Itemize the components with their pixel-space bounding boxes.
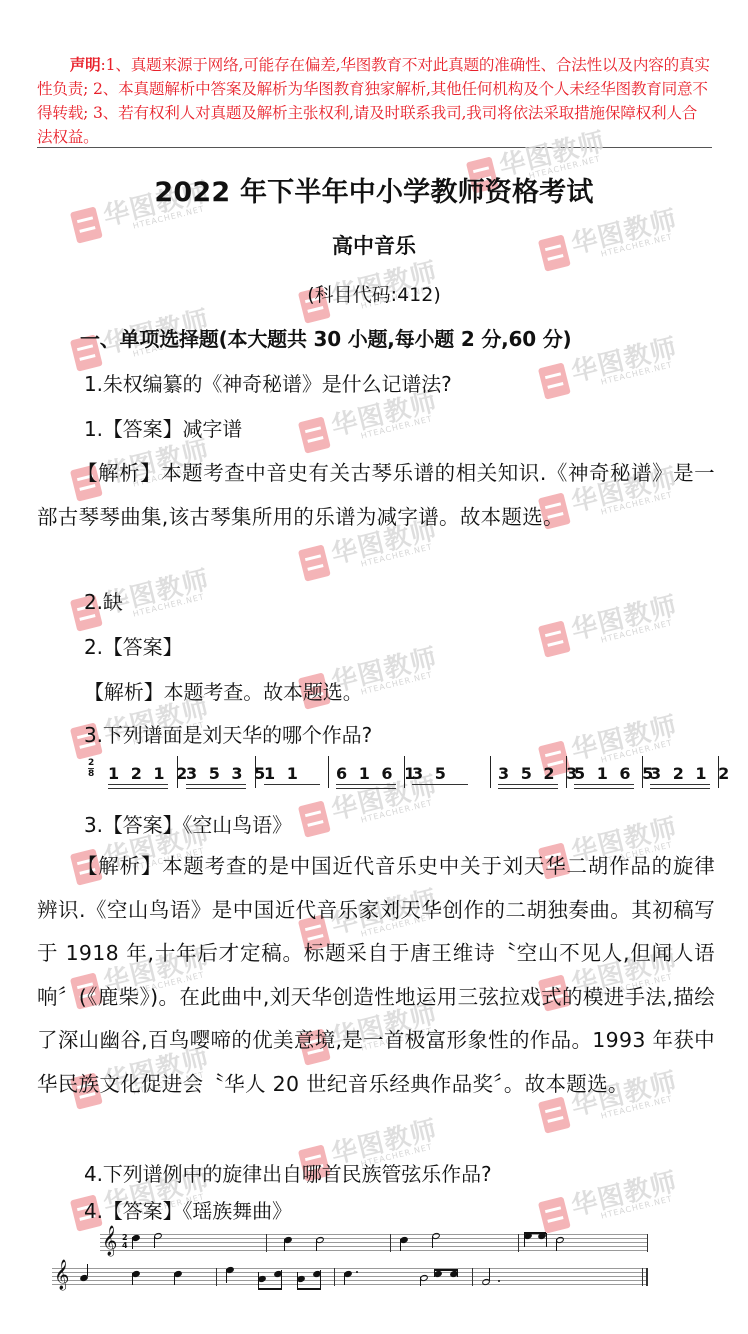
staff-time-signature: 24	[122, 1234, 128, 1250]
watermark-logo-icon	[538, 1196, 571, 1233]
analysis-2: 【解析】本题考查。故本题选。	[84, 681, 363, 703]
answer-4: 4.【答案】《瑶族舞曲》	[84, 1200, 292, 1222]
watermark-logo-icon	[298, 544, 331, 581]
exam-title: 2022 年下半年中小学教师资格考试	[0, 170, 748, 209]
watermark: 华图教师HTEACHER.NET	[295, 631, 455, 726]
treble-clef-icon: 𝄞	[102, 1228, 117, 1254]
disclaimer: 声明:1、真题来源于网络,可能存在偏差,华图教育不对此真题的准确性、合法性以及内…	[37, 53, 712, 149]
time-signature: 28	[88, 758, 94, 779]
staff-line-1: 𝄞 24	[100, 1234, 648, 1252]
divider	[37, 147, 712, 148]
analysis-1: 【解析】本题考查中音史有关古琴乐谱的相关知识.《神奇秘谱》是一部古琴琴曲集,该古…	[37, 452, 715, 539]
section-heading: 一、单项选择题(本大题共 30 小题,每小题 2 分,60 分)	[80, 323, 571, 352]
treble-clef-icon: 𝄞	[54, 1262, 69, 1288]
subject-code: (科目代码:412)	[0, 280, 748, 307]
watermark-logo-icon	[298, 416, 331, 453]
question-1: 1.朱权编纂的《神奇秘谱》是什么记谱法?	[84, 373, 452, 395]
question-3: 3.下列谱面是刘天华的哪个作品?	[84, 724, 372, 746]
measure: 3 2 1 2	[650, 764, 732, 783]
measure: 3 5	[412, 764, 449, 783]
subject-title: 高中音乐	[0, 230, 748, 260]
answer-1: 1.【答案】减字谱	[84, 418, 242, 440]
watermark-logo-icon	[298, 800, 331, 837]
question-2: 2.缺	[84, 591, 123, 613]
answer-3: 3.【答案】《空山鸟语》	[84, 814, 292, 836]
measure: 3 5 2 3	[498, 764, 580, 783]
measure: 1 1	[264, 764, 301, 783]
watermark-logo-icon	[538, 620, 571, 657]
measure: 5 1 6 5	[574, 764, 656, 783]
disclaimer-label: 声明	[70, 55, 101, 74]
analysis-3: 【解析】本题考查的是中国近代音乐史中关于刘天华二胡作品的旋律辨识.《空山鸟语》是…	[37, 845, 715, 1106]
question-4: 4.下列谱例中的旋律出自哪首民族管弦乐作品?	[84, 1163, 492, 1185]
watermark-logo-icon	[538, 362, 571, 399]
jianpu-notation: 28 1 2 1 2 3 5 3 5 1 1 6 1 6 1 3 5 3 5 2…	[78, 756, 678, 800]
measure: 6 1 6 1	[336, 764, 418, 783]
watermark: 华图教师HTEACHER.NET	[535, 579, 695, 674]
staff-line-2: 𝄞	[52, 1268, 648, 1286]
disclaimer-text: :1、真题来源于网络,可能存在偏差,华图教育不对此真题的准确性、合法性以及内容的…	[37, 56, 710, 146]
exam-document-page: 声明:1、真题来源于网络,可能存在偏差,华图教育不对此真题的准确性、合法性以及内…	[0, 0, 748, 1334]
answer-2: 2.【答案】	[84, 636, 182, 658]
